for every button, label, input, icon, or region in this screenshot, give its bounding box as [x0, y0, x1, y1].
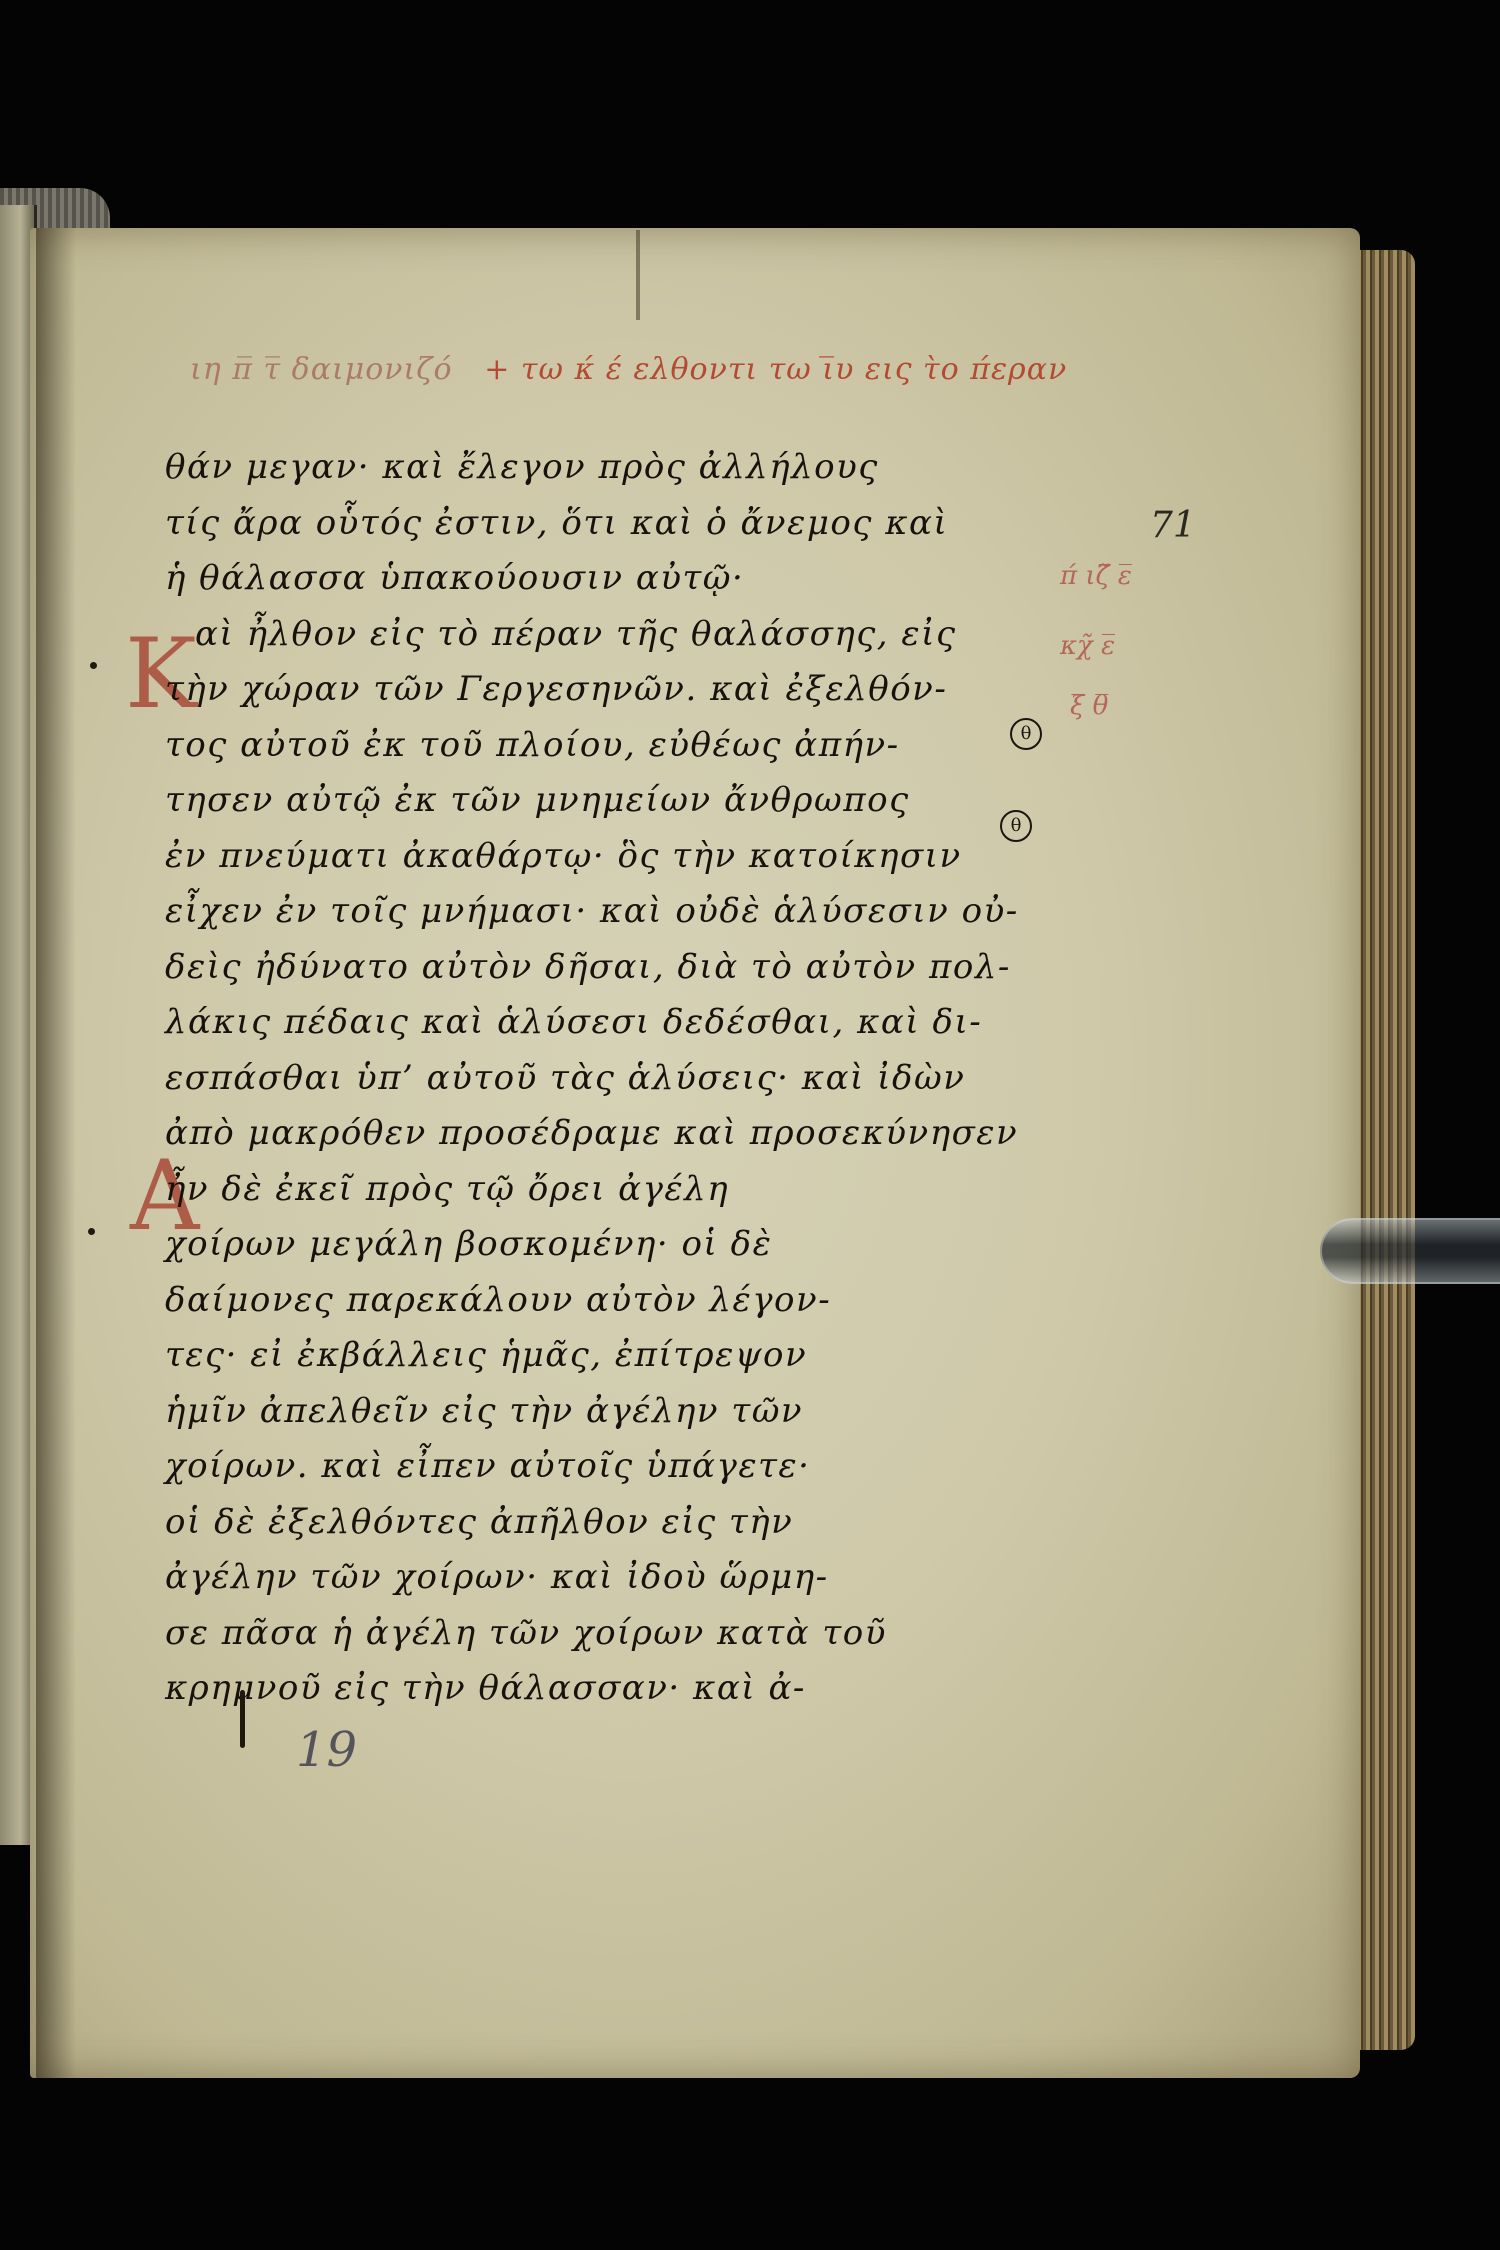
text-line: οἱ δὲ ἐξελθόντες ἀπῆλθον εἰς τὴν — [165, 1495, 1075, 1551]
text-line: χοίρων. καὶ εἶπεν αὐτοῖς ὑπάγετε· — [165, 1439, 1075, 1495]
text-line: τησεν αὐτῷ ἐκ τῶν μνημείων ἄνθρωπος — [165, 773, 1075, 829]
text-line: λάκις πέδαις καὶ ἁλύσεσι δεδέσθαι, καὶ δ… — [165, 995, 1075, 1051]
pencil-page-number: 19 — [296, 1722, 357, 1778]
text-line: εσπάσθαι ὑπ’ αὐτοῦ τὰς ἁλύσεις· καὶ ἰδὼν — [165, 1051, 1075, 1107]
main-text-column: θάν μεγαν· καὶ ἔλεγον πρὸς ἀλλήλους τίς … — [165, 440, 1075, 1717]
text-line: ἦν δὲ ἐκεῖ πρὸς τῷ ὄρει ἀγέλη — [165, 1162, 1075, 1218]
text-line: δεὶς ἠδύνατο αὐτὸν δῆσαι, διὰ τὸ αὐτὸν π… — [165, 940, 1075, 996]
text-line: θάν μεγαν· καὶ ἔλεγον πρὸς ἀλλήλους — [165, 440, 1075, 496]
page-crease — [636, 230, 640, 320]
rubric-red-text: + τω κ́ έ ελθοντι τω ι̅υ εις τ̀ο π́εραν — [484, 352, 1067, 387]
text-line: αὶ ἦλθον εἰς τὸ πέραν τῆς θαλάσσης, εἰς — [165, 607, 1075, 663]
gutter-shadow — [36, 228, 76, 2078]
margin-note-3: ξ̅ θ̅ — [1070, 690, 1108, 722]
text-line: τος αὐτοῦ ἐκ τοῦ πλοίου, εὐθέως ἀπήν- — [165, 718, 1075, 774]
text-line: κρημνοῦ εἰς τὴν θάλασσαν· καὶ ἀ- — [165, 1661, 1075, 1717]
text-line: τίς ἄρα οὗτός ἐστιν, ὅτι καὶ ὁ ἄνεμος κα… — [165, 496, 1075, 552]
text-line: τὴν χώραν τῶν Γεργεσηνῶν. καὶ ἐξελθόν- — [165, 662, 1075, 718]
text-line: ἡμῖν ἀπελθεῖν εἰς τὴν ἀγέλην τῶν — [165, 1384, 1075, 1440]
rubric-header: ιη π̅ τ̅ δαιμονιζό + τω κ́ έ ελθοντι τ… — [190, 352, 1170, 387]
text-line: ἡ θάλασσα ὑπακούουσιν αὐτῷ· — [165, 551, 1075, 607]
text-line: ἐν πνεύματι ἀκαθάρτῳ· ὃς τὴν κατοίκησιν — [165, 829, 1075, 885]
margin-dot — [88, 1228, 95, 1235]
text-line: τες· εἰ ἐκβάλλεις ἡμᾶς, ἐπίτρεψον — [165, 1328, 1075, 1384]
ink-stroke — [240, 1690, 245, 1748]
folio-number: 71 — [1150, 505, 1196, 546]
text-line: σε πᾶσα ἡ ἀγέλη τῶν χοίρων κατὰ τοῦ — [165, 1606, 1075, 1662]
text-line: ἀπὸ μακρόθεν προσέδραμε καὶ προσεκύνησεν — [165, 1106, 1075, 1162]
page-clip-holder — [1320, 1218, 1500, 1284]
text-line: δαίμονες παρεκάλουν αὐτὸν λέγον- — [165, 1273, 1075, 1329]
text-line: ἀγέλην τῶν χοίρων· καὶ ἰδοὺ ὥρμη- — [165, 1550, 1075, 1606]
text-line: χοίρων μεγάλη βοσκομένη· οἱ δὲ — [165, 1217, 1075, 1273]
rubric-faded-text: ιη π̅ τ̅ δαιμονιζό — [190, 352, 453, 387]
margin-dot — [90, 662, 97, 669]
text-line: εἶχεν ἐν τοῖς μνήμασι· καὶ οὐδὲ ἁλύσεσιν… — [165, 884, 1075, 940]
